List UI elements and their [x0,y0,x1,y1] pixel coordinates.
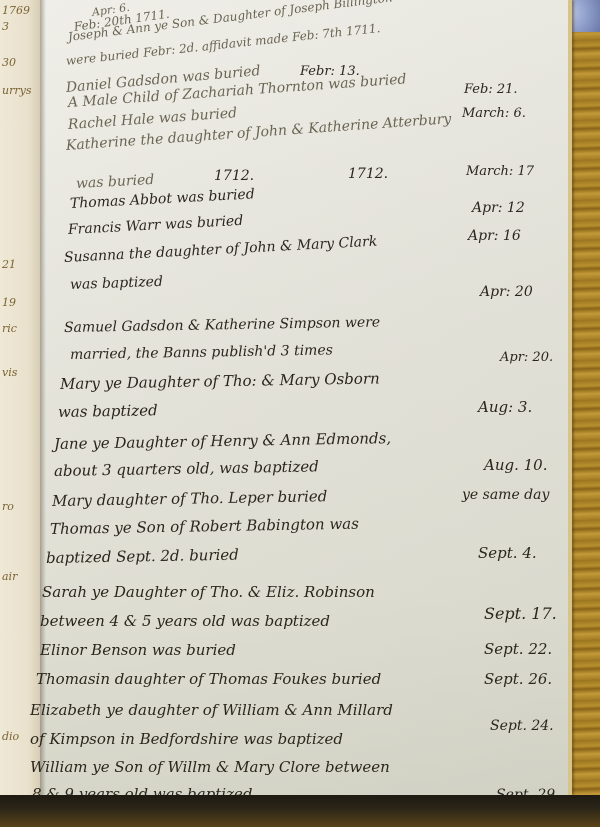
margin-date: Feb: 21. [464,82,518,97]
register-line: was baptized [70,274,163,293]
margin-date: Febr: 13. [300,64,360,79]
margin-date: Apr: 12 [472,200,525,216]
facing-page-fragment: ric [2,322,17,335]
margin-date: Apr: 20 [480,284,533,300]
register-line: Sarah ye Daughter of Tho. & Eliz. Robins… [42,583,375,601]
facing-page-fragment: vis [2,366,17,379]
facing-page-edge: 1769330urrys2119ricvisroairdio [0,0,41,800]
facing-page-fragment: air [2,570,17,583]
margin-date: 1712. [348,166,388,182]
register-line: William ye Son of Willm & Mary Clore bet… [30,758,390,776]
margin-date: Sept. 17. [484,604,557,623]
register-line: was baptized [58,401,158,421]
margin-date: ye same day [462,487,549,503]
facing-page-fragment: 21 [2,258,16,271]
margin-date: Sept. 22. [484,640,552,658]
facing-page-fragment: 3 [2,20,9,33]
facing-page-fragment: 19 [2,296,16,309]
facing-page-fragment: ro [2,500,14,513]
register-line: of Kimpson in Bedfordshire was baptized [30,730,343,748]
register-line: between 4 & 5 years old was baptized [40,612,330,630]
margin-date: Sept. 26. [484,670,552,688]
margin-date: 1712. [214,168,254,184]
margin-date: Apr: 16 [468,228,521,244]
register-line: Elinor Benson was buried [40,641,236,659]
facing-page-fragment: urrys [2,84,31,97]
margin-date: Sept. 4. [478,544,537,562]
margin-date: Apr: 20. [500,350,553,365]
margin-date: Aug. 10. [484,456,548,474]
facing-page-fragment: dio [2,730,19,743]
margin-date: Aug: 3. [478,398,532,416]
register-line: baptized Sept. 2d. buried [46,546,239,567]
facing-page-fragment: 30 [2,56,16,69]
margin-date: March: 17 [466,164,534,179]
margin-date: March: 6. [462,106,526,121]
facing-page-fragment: 1769 [2,4,30,17]
register-line: Thomasin daughter of Thomas Foukes burie… [36,670,381,688]
margin-date: Sept. 24. [490,718,554,734]
page-bottom-shadow [0,795,600,827]
register-line: Elizabeth ye daughter of William & Ann M… [30,701,393,719]
